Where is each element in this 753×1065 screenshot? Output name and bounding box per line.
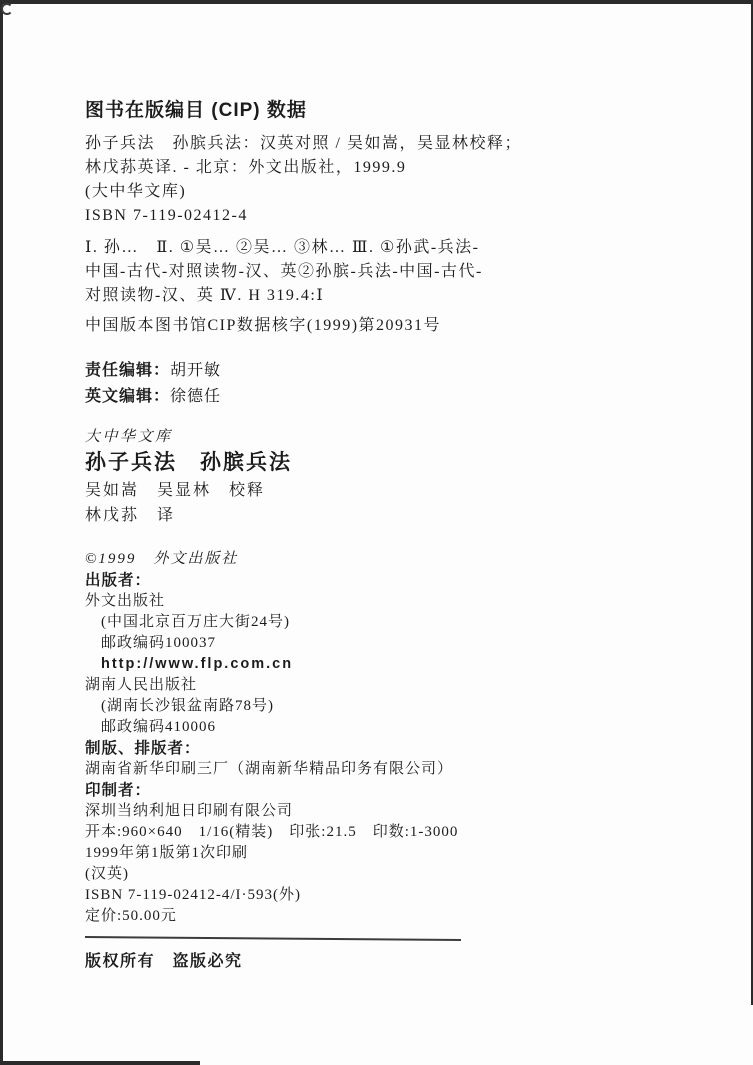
scan-border-bottom — [0, 1061, 200, 1065]
cip-isbn: ISBN 7-119-02412-4 — [85, 204, 685, 228]
cip-class-line-3: 对照读物-汉、英 Ⅳ. H 319.4:Ⅰ — [85, 284, 685, 308]
typesetter-name: 湖南省新华印刷三厂（湖南新华精品印务有限公司） — [85, 759, 685, 780]
scan-border-top — [0, 0, 753, 4]
divider-rule — [85, 936, 461, 941]
page-content: 图书在版编目 (CIP) 数据 孙子兵法 孙膑兵法：汉英对照 / 吴如嵩，吴显林… — [85, 98, 685, 973]
cip-registration: 中国版本图书馆CIP数据核字(1999)第20931号 — [85, 314, 685, 338]
publisher-address: (中国北京百万庄大街24号) — [85, 612, 685, 633]
english-editor-label: 英文编辑： — [85, 388, 170, 405]
publisher-postcode: 邮政编码100037 — [85, 633, 685, 654]
book-title: 孙子兵法 孙膑兵法 — [85, 448, 685, 478]
publisher-label: 出版者： — [85, 570, 685, 591]
cip-heading: 图书在版编目 (CIP) 数据 — [85, 98, 685, 124]
duty-editor-label: 责任编辑： — [85, 362, 170, 379]
publisher-name: 外文出版社 — [85, 591, 685, 612]
cip-series: (大中华文库) — [85, 180, 685, 204]
co-publisher-address: (湖南长沙银盆南路78号) — [85, 696, 685, 717]
copyright-line: ©1999 外文出版社 — [85, 549, 685, 570]
english-editor-name: 徐德任 — [170, 388, 221, 405]
annotators-line: 吴如嵩 吴显林 校释 — [85, 478, 685, 503]
typesetter-label: 制版、排版者： — [85, 738, 685, 759]
title-block: 大中华文库 孙子兵法 孙膑兵法 吴如嵩 吴显林 校释 林戊荪 译 — [85, 426, 685, 528]
language-line: (汉英) — [85, 864, 685, 885]
price-line: 定价:50.00元 — [85, 906, 685, 927]
scan-border-left — [0, 0, 3, 1065]
cip-class-line-2: 中国-古代-对照读物-汉、英②孙膑-兵法-中国-古代- — [85, 260, 685, 284]
scan-corner-mark — [1, 3, 13, 15]
printer-name: 深圳当纳利旭日印刷有限公司 — [85, 801, 685, 822]
cip-class-line-1: Ⅰ. 孙… Ⅱ. ①吴… ②吴… ③林… Ⅲ. ①孙武-兵法- — [85, 236, 685, 260]
printer-label: 印制者： — [85, 780, 685, 801]
copyright-notice: 版权所有 盗版必究 — [85, 951, 685, 973]
publisher-website: http://www.flp.com.cn — [85, 654, 685, 675]
english-editor-line: 英文编辑：徐德任 — [85, 384, 685, 410]
cip-entry-line-1: 孙子兵法 孙膑兵法：汉英对照 / 吴如嵩，吴显林校释； — [85, 132, 685, 156]
co-publisher-postcode: 邮政编码410006 — [85, 717, 685, 738]
isbn-line: ISBN 7-119-02412-4/I·593(外) — [85, 885, 685, 906]
duty-editor-name: 胡开敏 — [170, 362, 221, 379]
format-line: 开本:960×640 1/16(精装) 印张:21.5 印数:1-3000 — [85, 822, 685, 843]
translator-line: 林戊荪 译 — [85, 503, 685, 528]
cip-block: 图书在版编目 (CIP) 数据 孙子兵法 孙膑兵法：汉英对照 / 吴如嵩，吴显林… — [85, 98, 685, 338]
duty-editor-line: 责任编辑：胡开敏 — [85, 358, 685, 384]
cip-classification: Ⅰ. 孙… Ⅱ. ①吴… ②吴… ③林… Ⅲ. ①孙武-兵法- 中国-古代-对照… — [85, 236, 685, 308]
library-series-name: 大中华文库 — [85, 426, 685, 448]
editors-block: 责任编辑：胡开敏 英文编辑：徐德任 — [85, 358, 685, 410]
co-publisher-name: 湖南人民出版社 — [85, 675, 685, 696]
book-copyright-page: 图书在版编目 (CIP) 数据 孙子兵法 孙膑兵法：汉英对照 / 吴如嵩，吴显林… — [0, 0, 753, 1065]
cip-entry-line-2: 林戊荪英译. - 北京：外文出版社，1999.9 — [85, 156, 685, 180]
edition-line: 1999年第1版第1次印刷 — [85, 843, 685, 864]
imprint-block: ©1999 外文出版社 出版者： 外文出版社 (中国北京百万庄大街24号) 邮政… — [85, 549, 685, 927]
